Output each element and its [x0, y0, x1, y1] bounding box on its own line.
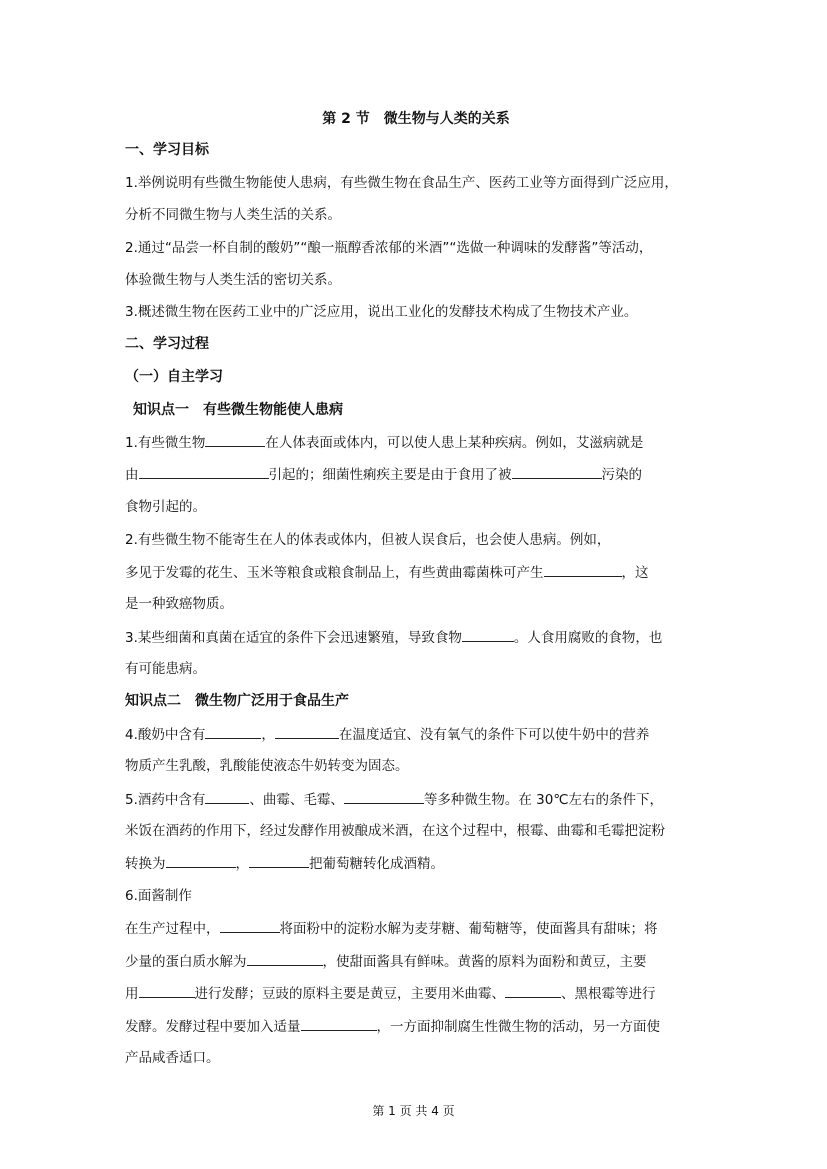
heading-knowledge-1: 知识点一 有些微生物能使人患病 — [133, 400, 343, 420]
blank-field[interactable] — [512, 464, 602, 479]
blank-field[interactable] — [544, 562, 622, 577]
q6-line4: 发酵。发酵过程中要加入适量，一方面抑制腐生性微生物的活动，另一方面使 — [125, 1016, 660, 1037]
heading-knowledge-2: 知识点二 微生物广泛用于食品生产 — [125, 691, 349, 711]
q1-line1: 1.有些微生物在人体表面或体内，可以使人患上某种疾病。例如，艾滋病就是 — [125, 432, 643, 453]
text: 用 — [125, 986, 139, 1002]
objective-1-line1: 1.举例说明有些微生物能使人患病，有些微生物在食品生产、医药工业等方面得到广泛应… — [125, 173, 678, 193]
q3-line1: 3.某些细菌和真菌在适宜的条件下会迅速繁殖，导致食物。人食用腐败的食物，也 — [125, 627, 662, 648]
text: 、黑根霉等进行 — [561, 986, 656, 1002]
blank-field[interactable] — [166, 853, 236, 868]
text: 。人食用腐败的食物，也 — [514, 630, 663, 646]
blank-field[interactable] — [249, 853, 309, 868]
q6-line3: 用进行发酵；豆豉的原料主要是黄豆，主要用米曲霉、、黑根霉等进行 — [125, 983, 656, 1004]
q6-title: 6.面酱制作 — [125, 886, 192, 906]
text: 进行发酵；豆豉的原料主要是黄豆，主要用米曲霉、 — [195, 986, 506, 1002]
text: 少量的蛋白质水解为 — [125, 954, 247, 970]
text: 1.有些微生物 — [125, 435, 205, 451]
text: 多见于发霉的花生、玉米等粮食或粮食制品上，有些黄曲霉菌株可产生 — [125, 565, 544, 581]
text: 将面粉中的淀粉水解为麦芽糖、葡萄糖等，使面酱具有甜味；将 — [280, 921, 658, 937]
heading-process: 二、学习过程 — [125, 334, 209, 354]
blank-field[interactable] — [139, 983, 195, 998]
blank-field[interactable] — [462, 627, 514, 642]
q6-line5: 产品咸香适口。 — [125, 1048, 220, 1068]
q4-line1: 4.酸奶中含有，在温度适宜、没有氧气的条件下可以使牛奶中的营养 — [125, 724, 649, 745]
text: ， — [261, 727, 275, 743]
text: 4.酸奶中含有 — [125, 727, 205, 743]
q2-line3: 是一种致癌物质。 — [125, 594, 233, 614]
text: 3.某些细菌和真菌在适宜的条件下会迅速繁殖，导致食物 — [125, 630, 462, 646]
q5-line3: 转换为，把葡萄糖转化成酒精。 — [125, 853, 444, 874]
text: 引起的；细菌性痢疾主要是由于食用了被 — [269, 467, 512, 483]
q2-line1: 2.有些微生物不能寄生在人的体表或体内，但被人误食后，也会使人患病。例如， — [125, 530, 610, 550]
q5-line2: 米饭在酒药的作用下，经过发酵作用被酿成米酒，在这个过程中，根霉、曲霉和毛霉把淀粉 — [125, 821, 665, 841]
blank-field[interactable] — [205, 432, 265, 447]
blank-field[interactable] — [275, 724, 339, 739]
q2-line2: 多见于发霉的花生、玉米等粮食或粮食制品上，有些黄曲霉菌株可产生，这 — [125, 562, 649, 583]
text: 等多种微生物。在 30℃左右的条件下， — [424, 792, 663, 808]
blank-field[interactable] — [205, 724, 261, 739]
blank-field[interactable] — [505, 983, 561, 998]
text: ，使甜面酱具有鲜味。黄酱的原料为面粉和黄豆，主要 — [323, 954, 647, 970]
blank-field[interactable] — [301, 1016, 377, 1031]
text: 发酵。发酵过程中要加入适量 — [125, 1019, 301, 1035]
blank-field[interactable] — [205, 789, 249, 804]
text: ，这 — [622, 565, 649, 581]
text: 污染的 — [602, 467, 643, 483]
q3-line2: 有可能患病。 — [125, 659, 206, 679]
text: 在温度适宜、没有氧气的条件下可以使牛奶中的营养 — [339, 727, 650, 743]
objective-2-line1: 2.通过“品尝一杯自制的酸奶”“酿一瓶醇香浓郁的米酒”“选做一种调味的发酵酱”等… — [125, 238, 652, 258]
text: 、曲霉、毛霉、 — [249, 792, 344, 808]
objective-3: 3.概述微生物在医药工业中的广泛应用，说出工业化的发酵技术构成了生物技术产业。 — [125, 302, 637, 322]
page-title: 第 2 节 微生物与人类的关系 — [125, 108, 707, 128]
text: 转换为 — [125, 856, 166, 872]
q1-line2: 由引起的；细菌性痢疾主要是由于食用了被污染的 — [125, 464, 642, 485]
heading-objectives: 一、学习目标 — [125, 140, 209, 160]
heading-self-study: （一）自主学习 — [125, 367, 223, 387]
text: ，一方面抑制腐生性微生物的活动，另一方面使 — [377, 1019, 661, 1035]
text: 5.酒药中含有 — [125, 792, 205, 808]
blank-field[interactable] — [220, 918, 280, 933]
blank-field[interactable] — [247, 951, 323, 966]
objective-1-line2: 分析不同微生物与人类生活的关系。 — [125, 205, 341, 225]
q6-line2: 少量的蛋白质水解为，使甜面酱具有鲜味。黄酱的原料为面粉和黄豆，主要 — [125, 951, 647, 972]
page-number-footer: 第 1 页 共 4 页 — [0, 1102, 827, 1119]
q6-line1: 在生产过程中，将面粉中的淀粉水解为麦芽糖、葡萄糖等，使面酱具有甜味；将 — [125, 918, 658, 939]
q4-line2: 物质产生乳酸，乳酸能使液态牛奶转变为固态。 — [125, 756, 409, 776]
text: 在生产过程中， — [125, 921, 220, 937]
text: 把葡萄糖转化成酒精。 — [309, 856, 444, 872]
text: ， — [236, 856, 250, 872]
text: 在人体表面或体内，可以使人患上某种疾病。例如，艾滋病就是 — [265, 435, 643, 451]
blank-field[interactable] — [344, 789, 424, 804]
objective-2-line2: 体验微生物与人类生活的密切关系。 — [125, 270, 341, 290]
text: 由 — [125, 467, 139, 483]
blank-field[interactable] — [139, 464, 269, 479]
q1-line3: 食物引起的。 — [125, 497, 206, 517]
q5-line1: 5.酒药中含有、曲霉、毛霉、等多种微生物。在 30℃左右的条件下， — [125, 789, 663, 810]
